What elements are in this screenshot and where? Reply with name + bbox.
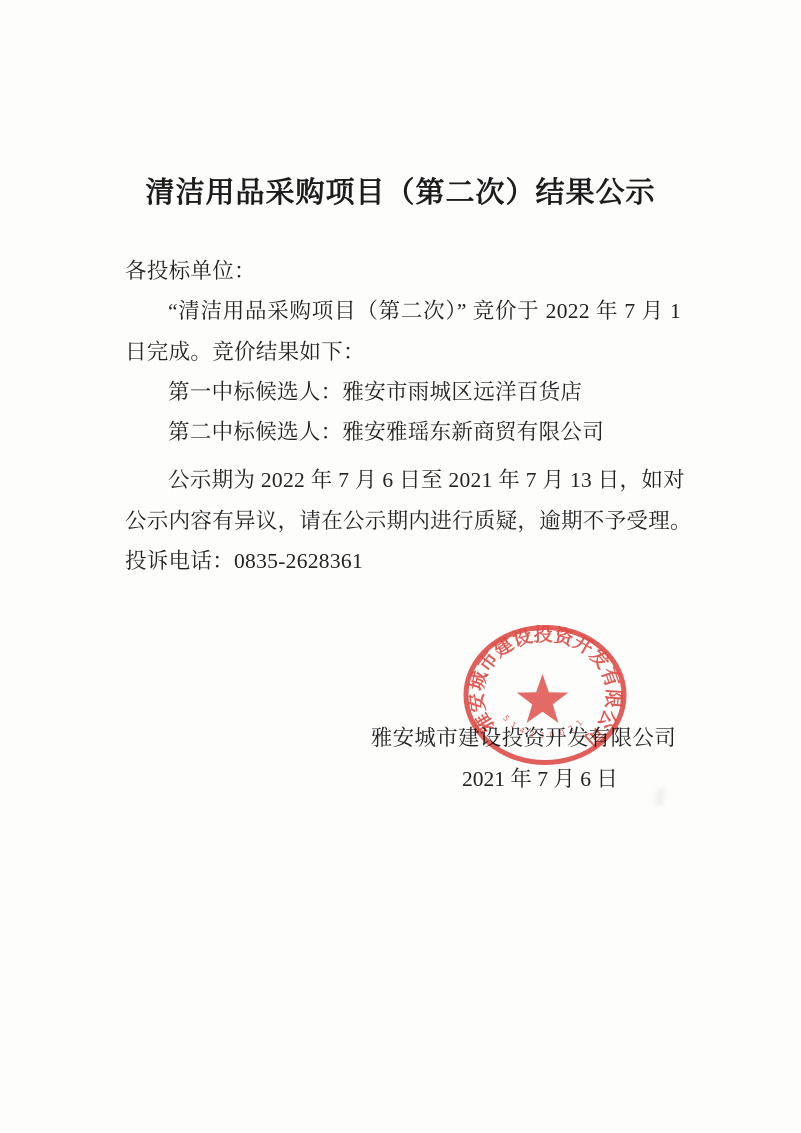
body-line-first-winner: 第一中标候选人：雅安市雨城区远洋百货店: [125, 372, 681, 412]
body-line-result-intro: 日完成。竞价结果如下：: [125, 332, 681, 372]
body-line-objection-notice: 公示内容有异议，请在公示期内进行质疑，逾期不予受理。: [125, 501, 681, 541]
document-body: 各投标单位： “清洁用品采购项目（第二次）” 竞价于 2022 年 7 月 1 …: [125, 251, 681, 581]
official-seal: 雅安城市建设投资开发有限公司 5142300219: [455, 605, 635, 785]
document-page: 清洁用品采购项目（第二次）结果公示 各投标单位： “清洁用品采购项目（第二次）”…: [0, 0, 801, 1133]
document-title: 清洁用品采购项目（第二次）结果公示: [0, 170, 801, 211]
body-line-publicity-period: 公示期为 2022 年 7 月 6 日至 2021 年 7 月 13 日，如对: [125, 460, 681, 500]
seal-star-icon: [517, 674, 568, 723]
salutation-line: 各投标单位：: [125, 251, 681, 291]
body-line-complaint-phone: 投诉电话：0835-2628361: [125, 541, 681, 581]
body-line-bid-completion: “清洁用品采购项目（第二次）” 竞价于 2022 年 7 月 1: [125, 291, 681, 331]
body-line-second-winner: 第二中标候选人：雅安雅瑶东新商贸有限公司: [125, 412, 681, 452]
scan-smudge: [630, 788, 690, 806]
